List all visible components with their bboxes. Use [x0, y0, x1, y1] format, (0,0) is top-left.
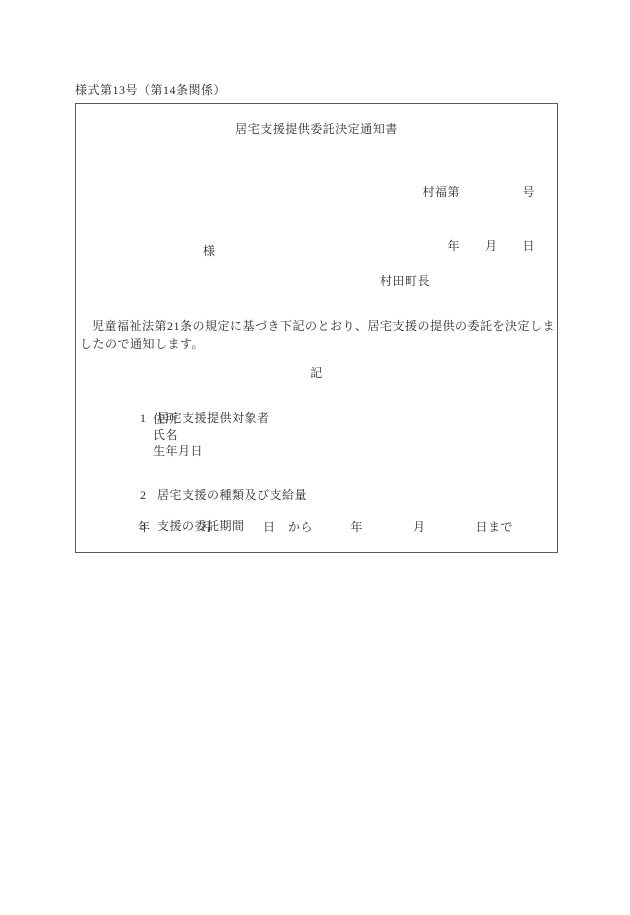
list-item-1-subline-name: 氏名: [153, 426, 178, 443]
list-item-3-subline-period: 年 月 日 から 年 月 日まで: [138, 518, 513, 535]
record-heading: 記: [76, 364, 557, 381]
list-item-1: 1居宅支援提供対象者: [119, 394, 270, 441]
list-item-2-label: 居宅支援の種類及び支給量: [157, 488, 307, 502]
document-border-box: 居宅支援提供委託決定通知書 村福第 号 年 月 日 様 村田町長 児童福祉法第2…: [75, 103, 558, 553]
list-item-1-subline-address: 住所: [153, 410, 178, 427]
form-number-label: 様式第13号（第14条関係）: [75, 81, 226, 98]
list-item-2-number: 2: [140, 488, 157, 503]
document-title: 居宅支援提供委託決定通知書: [76, 120, 557, 137]
reference-block: 村福第 号 年 月 日: [422, 147, 535, 291]
sender-name: 村田町長: [380, 272, 430, 289]
doc-number-line: 村福第 号: [422, 183, 535, 201]
document-page: 様式第13号（第14条関係） 居宅支援提供委託決定通知書 村福第 号 年 月 日…: [0, 0, 630, 915]
addressee-honorific: 様: [203, 242, 216, 259]
body-paragraph: 児童福祉法第21条の規定に基づき下記のとおり、居宅支援の提供の委託を決定しました…: [80, 317, 556, 353]
list-item-1-subline-birthdate: 生年月日: [153, 442, 203, 459]
date-line: 年 月 日: [422, 237, 535, 255]
